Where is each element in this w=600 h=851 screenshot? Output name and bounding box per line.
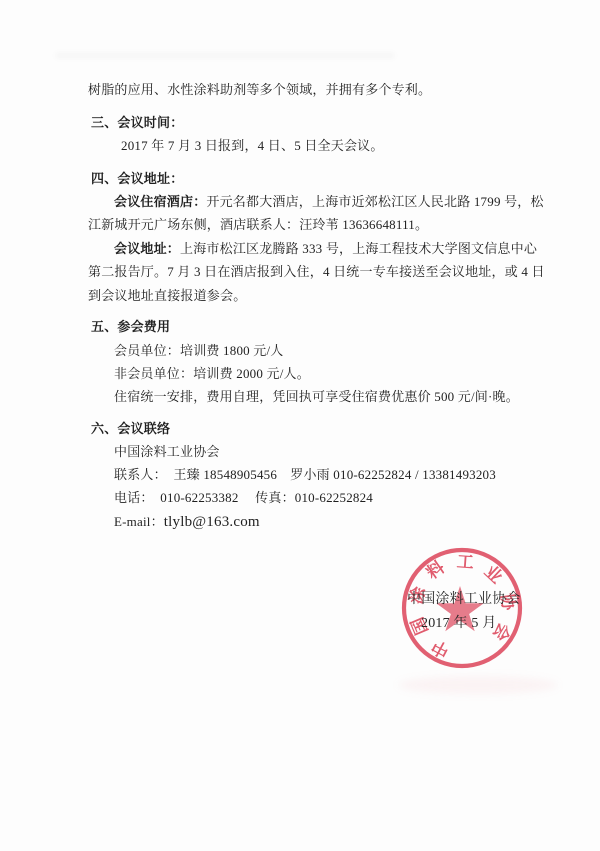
section-heading-meeting-address: 四、会议地址： [91,170,183,187]
lodging-fee-line: 住宿统一安排，费用自理，凭回执可享受住宿费优惠价 500 元/间·晚。 [114,388,519,405]
email-line: E-mail：tlylb@163.com [114,513,260,531]
meeting-time-text: 2017 年 7 月 3 日报到，4 日、5 日全天会议。 [121,137,384,154]
member-fee-line: 会员单位：培训费 1800 元/人 [114,342,284,359]
venue-text: 上海市松江区龙腾路 333 号，上海工程技术大学图文信息中心 [180,241,537,256]
stamp-overlay-date: 2017 年 5 月 [421,616,497,632]
seal-ring-char: 工 [456,552,474,572]
organization-name: 中国涂料工业协会 [114,443,220,460]
stamp-ink-smudge [398,676,558,694]
hotel-info-line-1: 会议住宿酒店：开元名都大酒店，上海市近郊松江区人民北路 1799 号，松 [114,193,544,210]
venue-info-line-1: 会议地址：上海市松江区龙腾路 333 号，上海工程技术大学图文信息中心 [114,240,537,257]
section-heading-contact: 六、会议联络 [91,420,170,437]
email-label: E-mail： [114,514,164,529]
hotel-text: 开元名都大酒店，上海市近郊松江区人民北路 1799 号，松 [206,194,543,209]
venue-label: 会议地址： [114,241,180,256]
scan-streak-artifact [55,52,395,59]
stamp-overlay-org-name: 中国涂料工业协会 [407,592,521,608]
hotel-label: 会议住宿酒店： [114,194,206,209]
email-address: tlylb@163.com [164,514,260,530]
nonmember-fee-line: 非会员单位：培训费 2000 元/人。 [114,365,310,382]
seal-graphic: 中国涂料工业协会 [396,542,528,674]
section-heading-meeting-time: 三、会议时间： [91,114,183,131]
official-seal-stamp: 中国涂料工业协会 [396,542,528,674]
scanned-document-page: 树脂的应用、水性涂料助剂等多个领域，并拥有多个专利。 三、会议时间： 2017 … [0,0,600,851]
intro-paragraph-line: 树脂的应用、水性涂料助剂等多个领域，并拥有多个专利。 [88,81,431,98]
hotel-info-line-2: 江新城开元广场东侧，酒店联系人：汪玲苇 13636648111。 [88,216,428,233]
venue-info-line-3: 到会议地址直接报道参会。 [88,287,246,304]
contact-persons-line: 联系人： 王臻 18548905456 罗小雨 010-62252824 / 1… [114,466,496,483]
phone-fax-line: 电话： 010-62253382 传真：010-62252824 [114,489,373,506]
venue-info-line-2: 第二报告厅。7 月 3 日在酒店报到入住，4 日统一专车接送至会议地址，或 4 … [88,263,545,280]
section-heading-fees: 五、参会费用 [91,318,170,335]
